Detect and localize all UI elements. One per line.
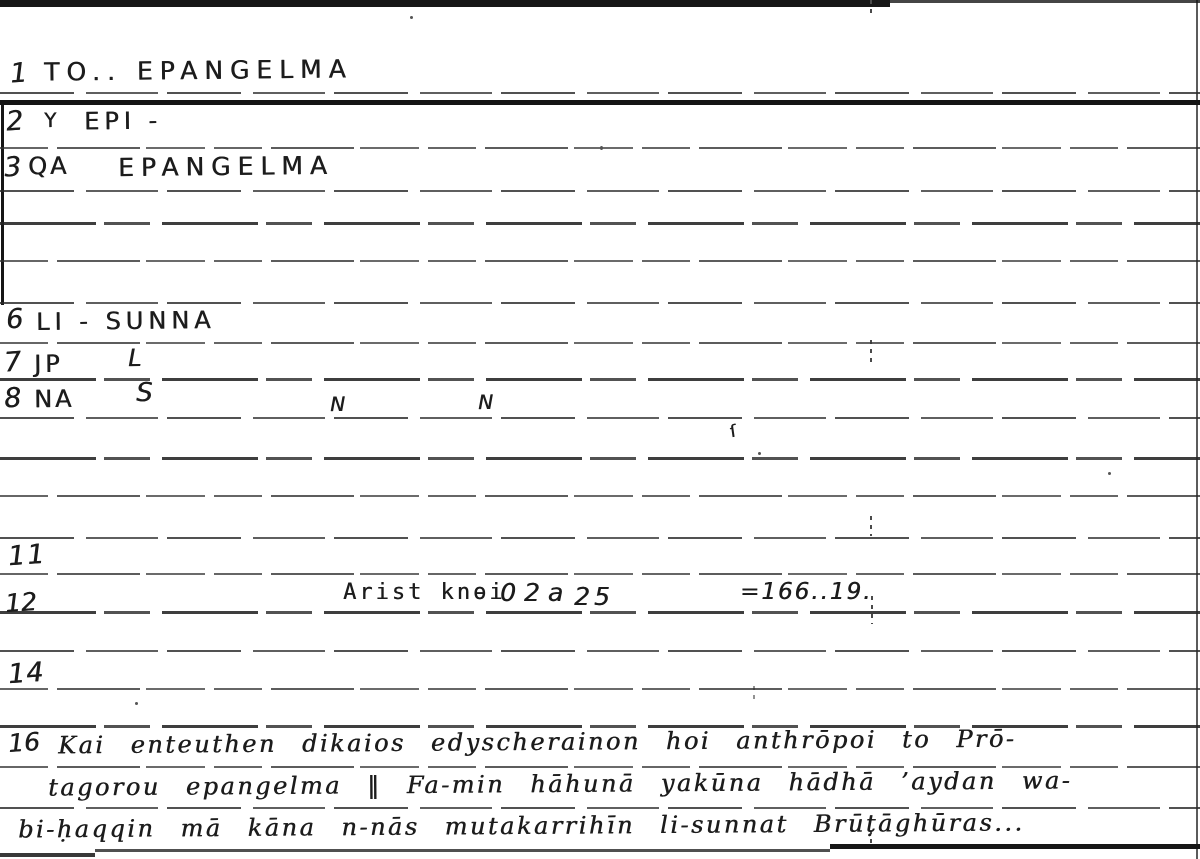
ruled-line [0,417,1200,419]
bottom-border-right [830,844,1200,849]
entry-1-number: 1 [9,57,28,89]
ruled-line [0,573,1200,575]
entry-3-code: QA [28,152,70,180]
entry-12-citation-page: 25 [574,582,614,611]
ruled-line [0,302,1200,304]
entry-8-mark-s: S [136,378,159,408]
ruled-line [0,342,1200,344]
entry-14-number: 14 [7,657,45,690]
entry-7-mark: L [128,344,148,372]
scan-speck [600,146,603,150]
entry-8-mark-n1: N [330,392,351,416]
crease-mark [870,516,872,536]
entry-2-number: 2 [5,105,24,137]
stray-pen-mark: ſ [729,422,738,443]
ruled-line [0,92,1200,94]
entry-3-number: 3 [3,151,22,183]
entry-16-text-line2: tagorou epangelma ‖ Fa-min hāhunā yakūna… [48,766,1072,801]
bottom-border-mid [95,849,830,852]
entry-12-number: 12 [4,587,38,618]
top-border [0,0,890,7]
entry-6-text: LI - SUNNA [36,306,216,336]
entry-1-text: TO.. EPANGELMA [44,54,353,86]
ruled-line [0,537,1200,539]
bottom-border-left [0,853,95,857]
scan-speck [758,452,761,455]
scan-speck [410,16,413,19]
ruled-line [0,457,1200,460]
ruled-line [0,222,1200,225]
entry-8-number: 8 [3,382,22,414]
scan-speck [1108,472,1111,475]
entry-11-number: 11 [7,539,47,573]
entry-2-mark: Y [44,108,62,132]
crease-mark [870,0,872,18]
heavy-rule [0,100,1200,105]
entry-12-citation-ref: =166..19. [740,579,872,605]
scanned-index-card: 1 TO.. EPANGELMA 2 Y EPI - 3 QA EPANGELM… [0,0,1200,859]
entry-2-text: EPI - [84,107,162,136]
entry-7-number: 7 [3,346,22,378]
scan-speck [135,702,138,705]
entry-8-code: NA [34,385,75,413]
entry-16-text-line3: bi-ḥaqqin mā kāna n-nās mutakarrihīn li-… [18,808,1025,843]
ruled-line [0,650,1200,652]
right-border [1196,0,1198,859]
top-border-thin [890,0,1200,3]
entry-16-text-line1: Kai enteuthen dikaios edyscherainon hoi … [58,725,1017,760]
entry-12-citation-ms: 02a [500,578,571,607]
ruled-line [0,688,1200,690]
entry-6-number: 6 [5,303,24,335]
entry-12-citation-typed: Arist knөi [343,580,505,605]
ruled-line [0,611,1200,614]
entry-8-mark-n2: N [478,390,499,414]
ruled-line [0,260,1200,262]
ruled-line [0,495,1200,497]
ruled-line [0,378,1200,381]
entry-3-text: EPANGELMA [118,151,334,182]
entry-16-number: 16 [7,727,41,758]
ruled-line [0,190,1200,192]
entry-7-code: JP [34,350,64,378]
left-border [1,100,4,305]
